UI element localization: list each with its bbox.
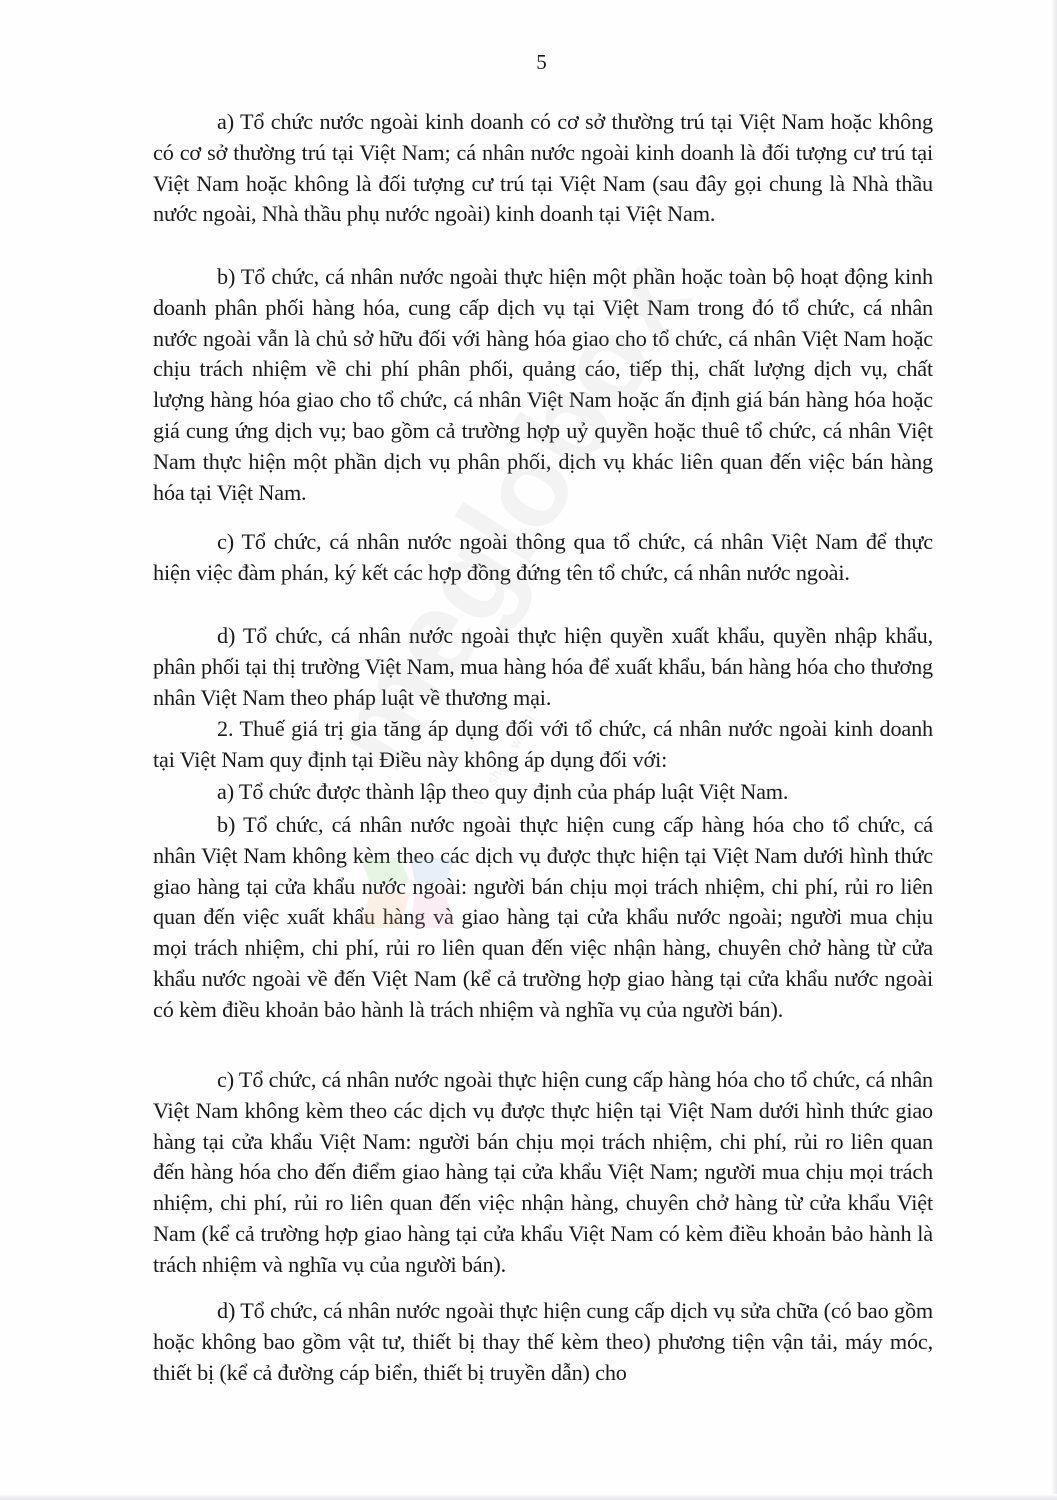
paragraph-2c: c) Tổ chức, cá nhân nước ngoài thực hiện… [153,1065,933,1281]
paragraph-2: 2. Thuế giá trị gia tăng áp dụng đối với… [153,714,933,776]
scan-edge-bottom [0,1494,1057,1500]
scan-edge-right [1051,0,1057,1500]
page-number: 5 [0,50,1057,74]
paragraph-1d: d) Tổ chức, cá nhân nước ngoài thực hiện… [153,621,933,713]
paragraph-2a: a) Tổ chức được thành lập theo quy định … [153,777,933,808]
paragraph-1c: c) Tổ chức, cá nhân nước ngoài thông qua… [153,527,933,589]
paragraph-1b: b) Tổ chức, cá nhân nước ngoài thực hiện… [153,262,933,508]
paragraph-1a: a) Tổ chức nước ngoài kinh doanh có cơ s… [153,107,933,230]
document-page: 5 a) Tổ chức nước ngoài kinh doanh có cơ… [0,0,1057,1500]
paragraph-2d: d) Tổ chức, cá nhân nước ngoài thực hiện… [153,1296,933,1388]
paragraph-2b: b) Tổ chức, cá nhân nước ngoài thực hiện… [153,810,933,1026]
